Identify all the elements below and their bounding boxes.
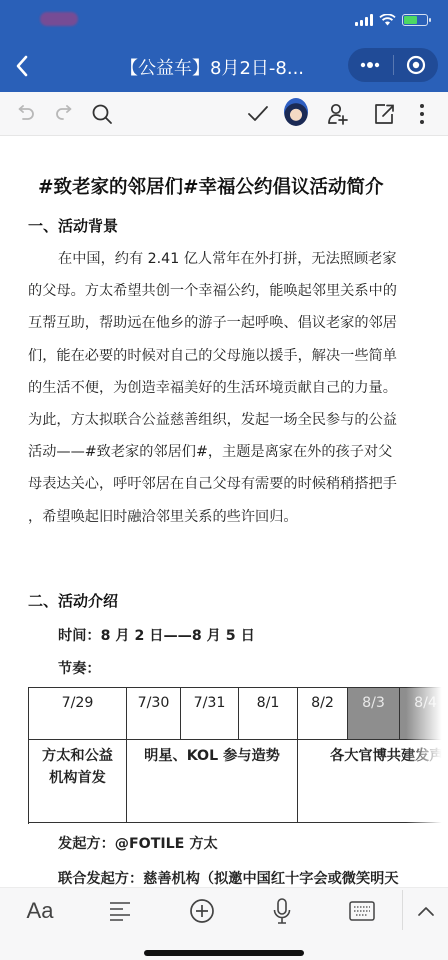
wifi-icon [379, 14, 396, 26]
redo-button[interactable] [52, 102, 76, 126]
paragraph-line: 活动——#致老家的邻居们#，主题是离家在外的孩子对父 [28, 436, 424, 468]
more-options-button[interactable] [410, 102, 434, 126]
add-collaborator-icon [326, 102, 350, 126]
table-header-cell: 7/30 [127, 688, 181, 740]
toolbar-divider [402, 890, 403, 930]
chevron-up-icon [417, 905, 435, 917]
share-icon [373, 103, 395, 125]
home-indicator[interactable] [144, 950, 304, 956]
phase-label: 方太和公益机构首发 [41, 740, 114, 789]
align-left-icon [109, 901, 131, 921]
paragraph-line: 的父母。方太希望共创一个幸福公约，能唤起邻里关系中的 [28, 275, 424, 307]
done-button[interactable] [246, 102, 270, 126]
paragraph-line: 互帮互助，帮助远在他乡的游子一起呼唤、倡议老家的邻居 [28, 307, 424, 339]
date-label: 7/29 [29, 688, 126, 711]
section-heading-introduction: 二、活动介绍 [28, 590, 118, 611]
section-heading-background: 一、活动背景 [28, 215, 118, 236]
mini-program-capsule [348, 48, 438, 82]
search-icon [91, 103, 113, 125]
keyboard-icon [349, 901, 375, 921]
more-dots-icon [360, 61, 380, 69]
table-phase-cell: 明星、KOL 参与造势 [127, 740, 298, 823]
plus-circle-icon [189, 898, 215, 924]
table-header-cell-highlighted: 8/3 [348, 688, 400, 740]
document-title: #致老家的邻居们#幸福公约倡议活动简介 [38, 173, 384, 199]
microphone-icon [273, 897, 291, 925]
status-icons [355, 14, 428, 26]
nav-bar: 【公益车】8月2日-8... [0, 42, 448, 90]
status-bar [0, 0, 448, 40]
table-phase-cell: 方太和公益机构首发 [29, 740, 127, 823]
battery-charging-icon [402, 14, 428, 26]
table-header-cell: 7/29 [29, 688, 127, 740]
app-header: 【公益车】8月2日-8... [0, 0, 448, 92]
phase-label: 明星、KOL 参与造势 [127, 740, 297, 767]
search-button[interactable] [90, 102, 114, 126]
close-button[interactable] [393, 48, 438, 82]
share-button[interactable] [372, 102, 396, 126]
paragraph-line: 的生活不便，为创造幸福美好的生活环境贡献自己的力量。 [28, 372, 424, 404]
table-header-cell: 8/2 [298, 688, 348, 740]
back-button[interactable] [8, 50, 36, 82]
rhythm-label: 节奏： [58, 658, 101, 678]
table-header-cell: 8/1 [239, 688, 298, 740]
paragraph-line: 为此，方太拟联合公益慈善组织，发起一场全民参与的公益 [28, 404, 424, 436]
chevron-left-icon [15, 55, 29, 77]
signal-icon [355, 14, 373, 26]
document-body[interactable]: #致老家的邻居们#幸福公约倡议活动简介 一、活动背景 在中国，约有 2.41 亿… [0, 137, 448, 893]
avatar[interactable] [284, 98, 308, 126]
background-paragraph: 在中国，约有 2.41 亿人常年在外打拼，无法照顾老家 的父母。方太希望共创一个… [28, 243, 424, 533]
voice-input-button[interactable] [266, 896, 298, 926]
insert-button[interactable] [186, 896, 218, 926]
more-button[interactable] [348, 48, 393, 82]
undo-icon [15, 105, 37, 123]
paragraph-line: 母表达关心，呼吁邻居在自己父母有需要的时候稍稍搭把手 [28, 468, 424, 500]
page-title: 【公益车】8月2日-8... [120, 54, 304, 80]
paragraph-line: ，希望唤起旧时融洽邻里关系的些许回归。 [28, 501, 424, 533]
table-scroll-fade [406, 685, 448, 827]
redo-icon [53, 105, 75, 123]
more-vertical-icon [419, 103, 425, 125]
target-circle-icon [406, 55, 426, 75]
date-label: 8/2 [298, 688, 347, 711]
schedule-table: 7/29 7/30 7/31 8/1 8/2 8/3 8/4 方太和公益机构首发… [28, 687, 448, 824]
paragraph-line: 们，能在必要的时候对自己的父母施以援手，解决一些简单 [28, 340, 424, 372]
check-icon [247, 105, 269, 123]
undo-button[interactable] [14, 102, 38, 126]
paragraph-align-button[interactable] [104, 896, 136, 926]
co-initiator-line: 联合发起方：慈善机构（拟邀中国红十字会或微笑明天 [58, 868, 399, 888]
text-format-button[interactable]: Aa [24, 896, 56, 926]
table-header-cell: 7/31 [181, 688, 239, 740]
text-format-icon: Aa [27, 898, 54, 924]
initiator-line: 发起方：@FOTILE 方太 [58, 833, 218, 853]
date-label: 7/31 [181, 688, 238, 711]
date-label: 8/1 [239, 688, 297, 711]
add-collaborator-button[interactable] [326, 102, 350, 126]
status-time [40, 12, 78, 26]
keyboard-button[interactable] [346, 896, 378, 926]
date-label: 8/3 [348, 688, 399, 711]
event-time: 时间：8 月 2 日——8 月 5 日 [58, 625, 255, 645]
date-label: 7/30 [127, 688, 180, 711]
collapse-button[interactable] [410, 896, 442, 926]
paragraph-line: 在中国，约有 2.41 亿人常年在外打拼，无法照顾老家 [28, 243, 424, 275]
editor-toolbar [0, 92, 448, 136]
